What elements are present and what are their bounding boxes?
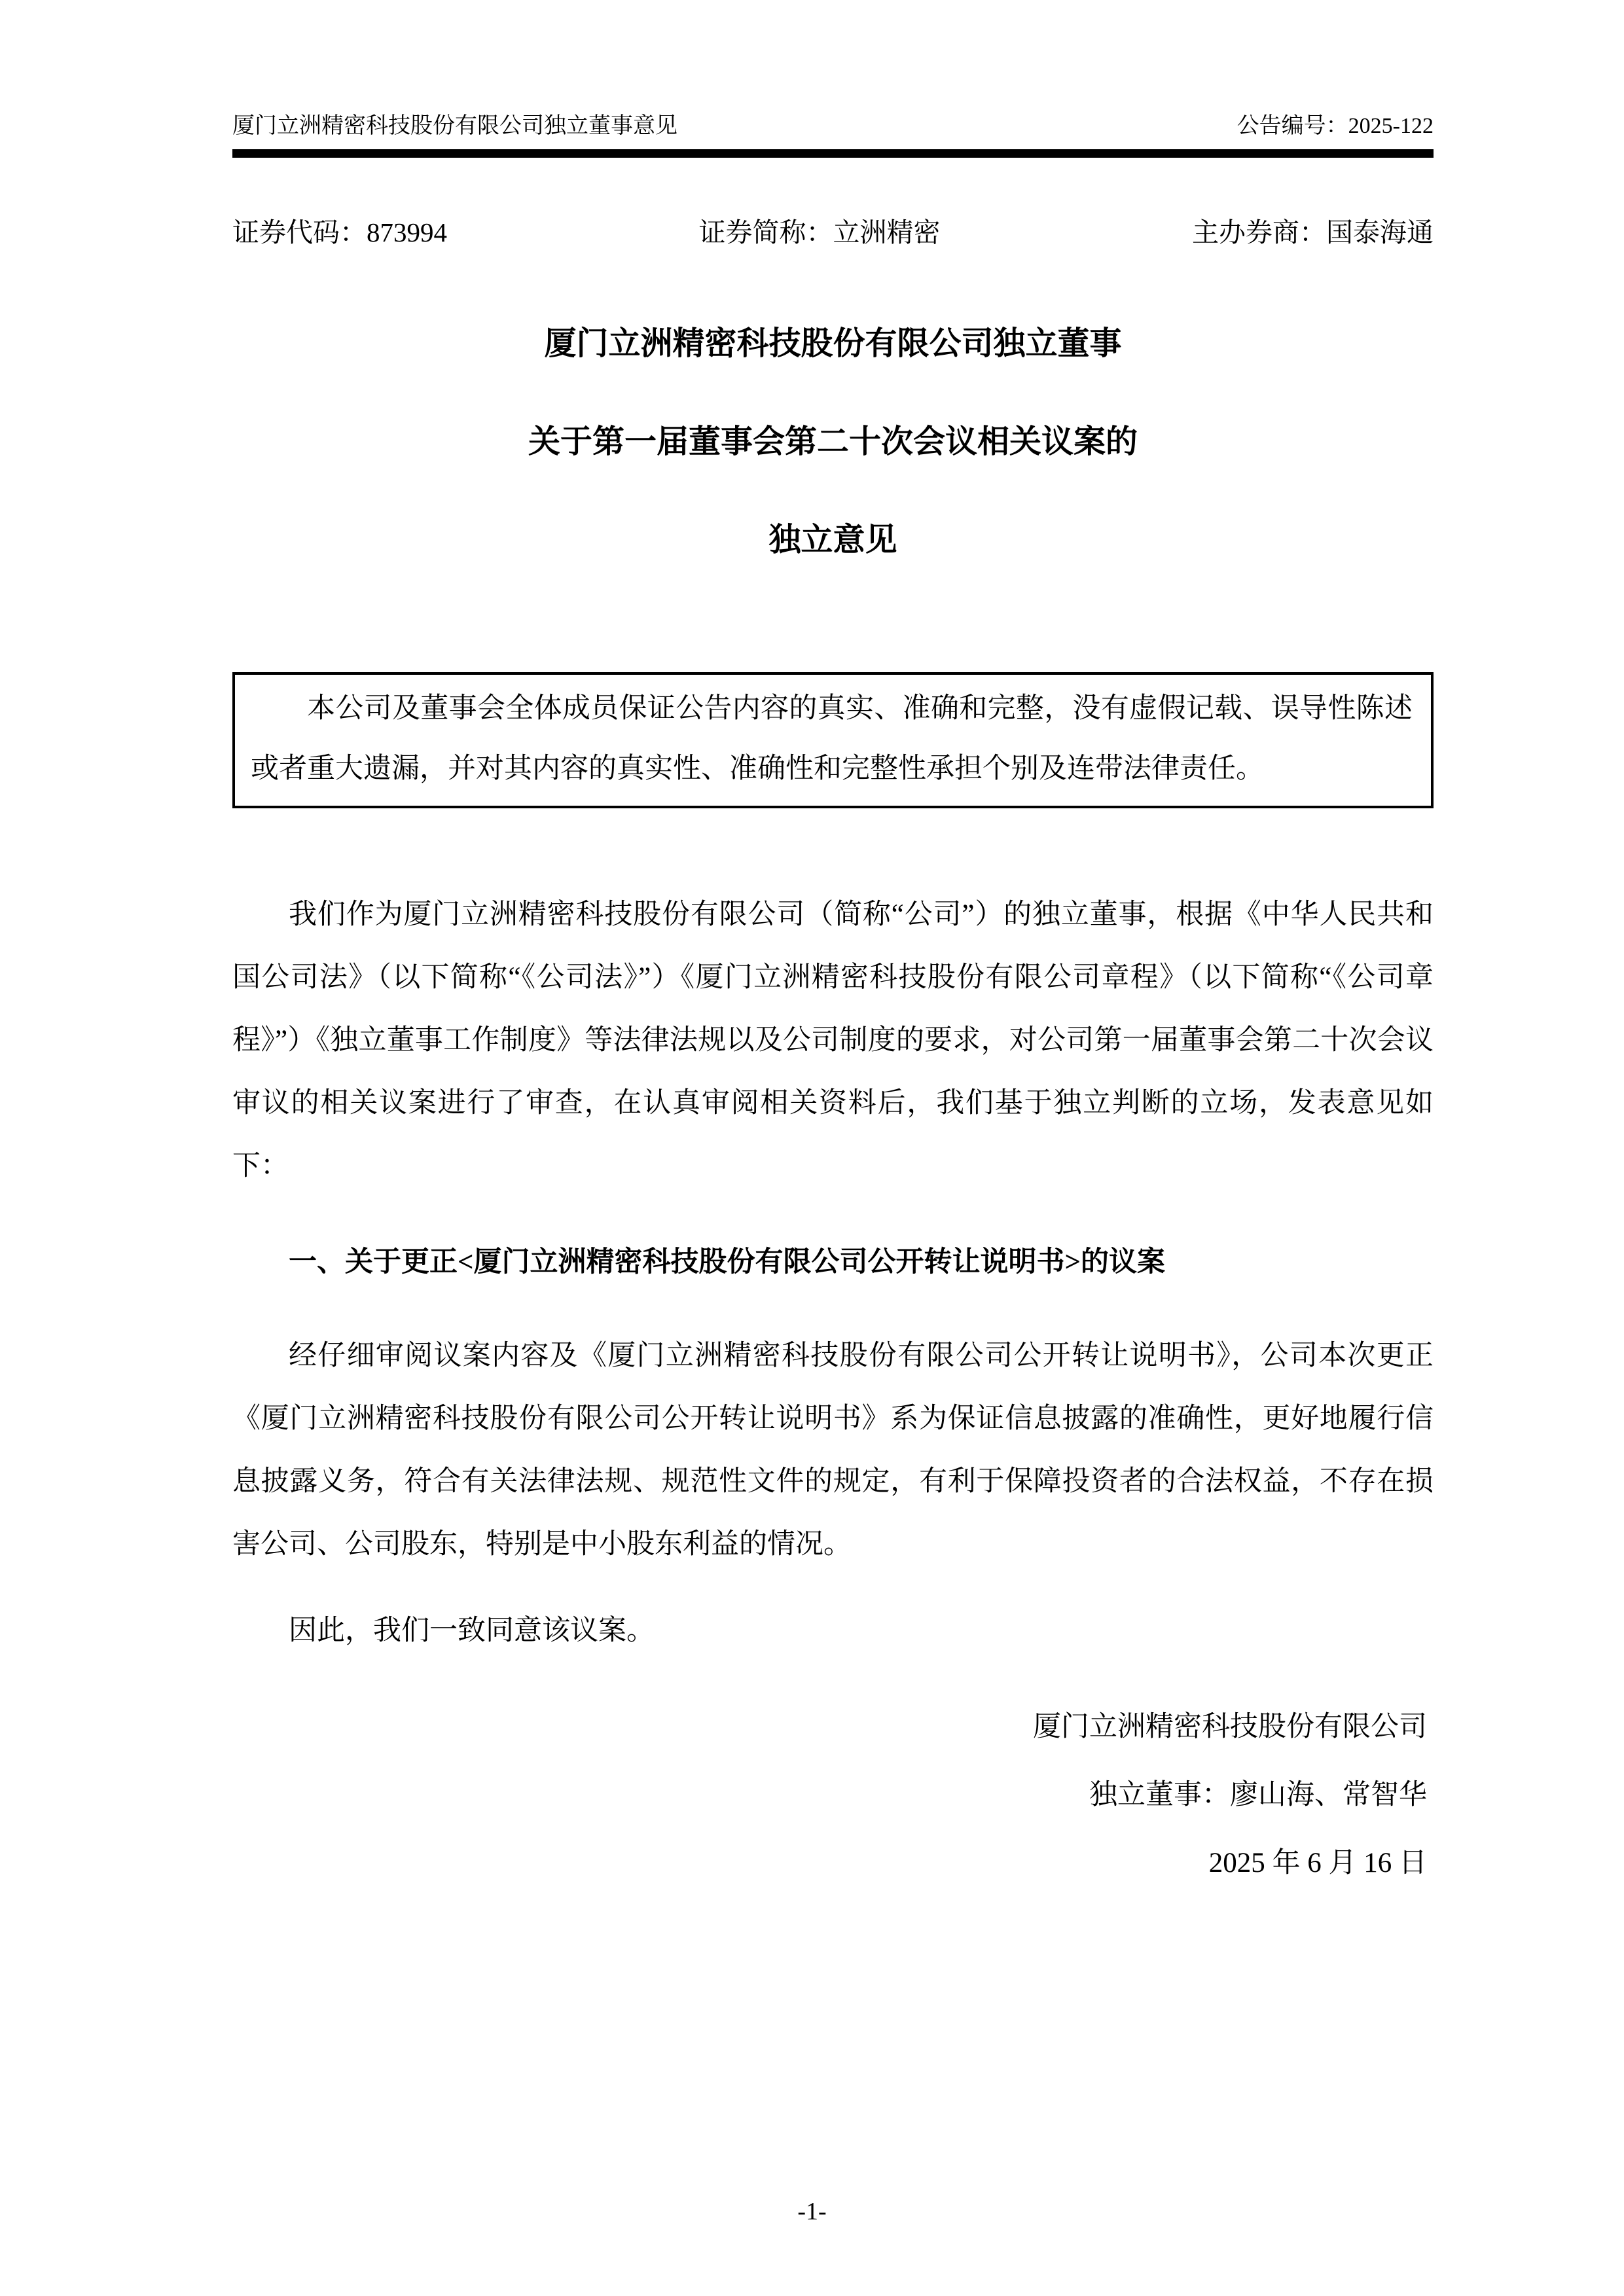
document-title: 厦门立洲精密科技股份有限公司独立董事 关于第一届董事会第二十次会议相关议案的 独… [232,323,1434,561]
header-rule [232,149,1434,158]
page-header: 厦门立洲精密科技股份有限公司独立董事意见 公告编号：2025-122 [232,111,1434,141]
securities-bar: 证券代码：873994 证券简称：立洲精密 主办券商：国泰海通 [232,214,1434,251]
securities-code: 证券代码：873994 [232,214,447,251]
section-1-heading: 一、关于更正<厦门立洲精密科技股份有限公司公开转让说明书>的议案 [232,1231,1434,1294]
header-announcement-number: 公告编号：2025-122 [1237,111,1434,141]
intro-paragraph: 我们作为厦门立洲精密科技股份有限公司（简称“公司”）的独立董事，根据《中华人民共… [232,884,1434,1198]
conclusion-paragraph: 因此，我们一致同意该议案。 [232,1600,1434,1662]
disclaimer-text: 本公司及董事会全体成员保证公告内容的真实、准确和完整，没有虚假记载、误导性陈述或… [251,679,1413,799]
signature-block: 厦门立洲精密科技股份有限公司 独立董事：廖山海、常智华 2025 年 6 月 1… [232,1696,1434,1895]
sponsor-broker: 主办券商：国泰海通 [1192,214,1434,251]
page-number: -1- [0,2196,1624,2227]
title-line-1: 厦门立洲精密科技股份有限公司独立董事 [232,323,1434,365]
document-page: 厦门立洲精密科技股份有限公司独立董事意见 公告编号：2025-122 证券代码：… [0,0,1624,2296]
disclaimer-box: 本公司及董事会全体成员保证公告内容的真实、准确和完整，没有虚假记载、误导性陈述或… [232,672,1434,808]
title-line-3: 独立意见 [232,519,1434,561]
signature-directors: 独立董事：廖山海、常智华 [232,1764,1427,1827]
section-1-paragraph: 经仔细审阅议案内容及《厦门立洲精密科技股份有限公司公开转让说明书》，公司本次更正… [232,1325,1434,1576]
title-line-2: 关于第一届董事会第二十次会议相关议案的 [232,421,1434,463]
signature-date: 2025 年 6 月 16 日 [232,1832,1427,1895]
signature-company: 厦门立洲精密科技股份有限公司 [232,1696,1427,1759]
header-document-title: 厦门立洲精密科技股份有限公司独立董事意见 [232,111,677,141]
securities-short-name: 证券简称：立洲精密 [699,214,941,251]
